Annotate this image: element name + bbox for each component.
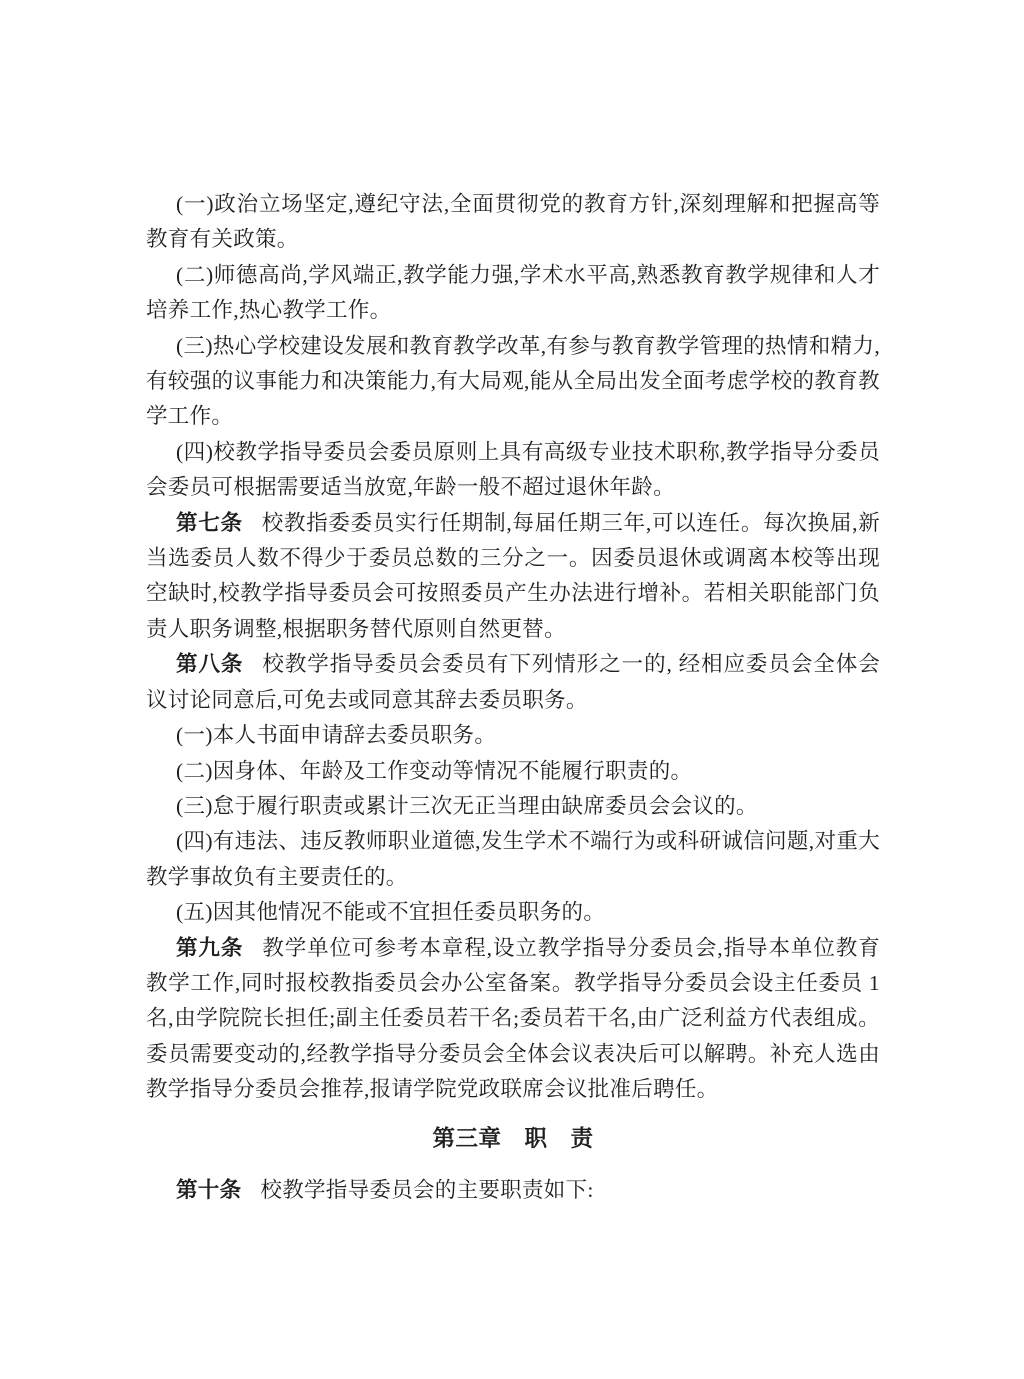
paragraph: (三)热心学校建设发展和教育教学改革,有参与教育教学管理的热情和精力,有较强的议… bbox=[146, 329, 880, 435]
paragraph-text: (四)校教学指导委员会委员原则上具有高级专业技术职称,教学指导分委员会委员可根据… bbox=[146, 440, 880, 499]
paragraph: 第九条教学单位可参考本章程,设立教学指导分委员会,指导本单位教育教学工作,同时报… bbox=[146, 931, 880, 1108]
paragraph: 第十条校教学指导委员会的主要职责如下: bbox=[146, 1173, 880, 1208]
paragraph: (二)师德高尚,学风端正,教学能力强,学术水平高,熟悉教育教学规律和人才培养工作… bbox=[146, 258, 880, 329]
paragraph-text: (三)热心学校建设发展和教育教学改革,有参与教育教学管理的热情和精力,有较强的议… bbox=[146, 334, 880, 429]
paragraph: (一)政治立场坚定,遵纪守法,全面贯彻党的教育方针,深刻理解和把握高等教育有关政… bbox=[146, 187, 880, 258]
paragraph-text: (二)因身体、年龄及工作变动等情况不能履行职责的。 bbox=[176, 759, 692, 783]
paragraph-text: (二)师德高尚,学风端正,教学能力强,学术水平高,熟悉教育教学规律和人才培养工作… bbox=[146, 263, 880, 322]
document-page: (一)政治立场坚定,遵纪守法,全面贯彻党的教育方针,深刻理解和把握高等教育有关政… bbox=[0, 0, 1024, 1379]
paragraph-text: (一)政治立场坚定,遵纪守法,全面贯彻党的教育方针,深刻理解和把握高等教育有关政… bbox=[146, 192, 880, 251]
document-body: (一)政治立场坚定,遵纪守法,全面贯彻党的教育方针,深刻理解和把握高等教育有关政… bbox=[146, 187, 880, 1208]
paragraph-text: (一)本人书面申请辞去委员职务。 bbox=[176, 723, 496, 747]
paragraph-text: 校教指委委员实行任期制,每届任期三年,可以连任。每次换届,新当选委员人数不得少于… bbox=[146, 511, 880, 641]
paragraph: (一)本人书面申请辞去委员职务。 bbox=[146, 718, 880, 753]
paragraph: (四)有违法、违反教师职业道德,发生学术不端行为或科研诚信问题,对重大教学事故负… bbox=[146, 824, 880, 895]
paragraph-text: (五)因其他情况不能或不宜担任委员职务的。 bbox=[176, 900, 605, 924]
paragraph-text: (三)怠于履行职责或累计三次无正当理由缺席委员会会议的。 bbox=[176, 794, 758, 818]
paragraph: (四)校教学指导委员会委员原则上具有高级专业技术职称,教学指导分委员会委员可根据… bbox=[146, 435, 880, 506]
paragraph-text: 校教学指导委员会的主要职责如下: bbox=[260, 1178, 593, 1202]
chapter-heading: 第三章 职 责 bbox=[146, 1121, 880, 1156]
paragraph: 第七条校教指委委员实行任期制,每届任期三年,可以连任。每次换届,新当选委员人数不… bbox=[146, 506, 880, 648]
article-number: 第十条 bbox=[176, 1178, 241, 1202]
article-number: 第七条 bbox=[176, 511, 243, 535]
paragraph: (三)怠于履行职责或累计三次无正当理由缺席委员会会议的。 bbox=[146, 789, 880, 824]
paragraph-text: (四)有违法、违反教师职业道德,发生学术不端行为或科研诚信问题,对重大教学事故负… bbox=[146, 829, 880, 888]
paragraph: 第八条校教学指导委员会委员有下列情形之一的, 经相应委员会全体会议讨论同意后,可… bbox=[146, 647, 880, 718]
article-number: 第九条 bbox=[176, 936, 243, 960]
paragraph-text: 教学单位可参考本章程,设立教学指导分委员会,指导本单位教育教学工作,同时报校教指… bbox=[146, 936, 880, 1102]
paragraph: (二)因身体、年龄及工作变动等情况不能履行职责的。 bbox=[146, 754, 880, 789]
article-number: 第八条 bbox=[176, 652, 243, 676]
paragraph: (五)因其他情况不能或不宜担任委员职务的。 bbox=[146, 895, 880, 930]
paragraph-text: 校教学指导委员会委员有下列情形之一的, 经相应委员会全体会议讨论同意后,可免去或… bbox=[146, 652, 880, 711]
